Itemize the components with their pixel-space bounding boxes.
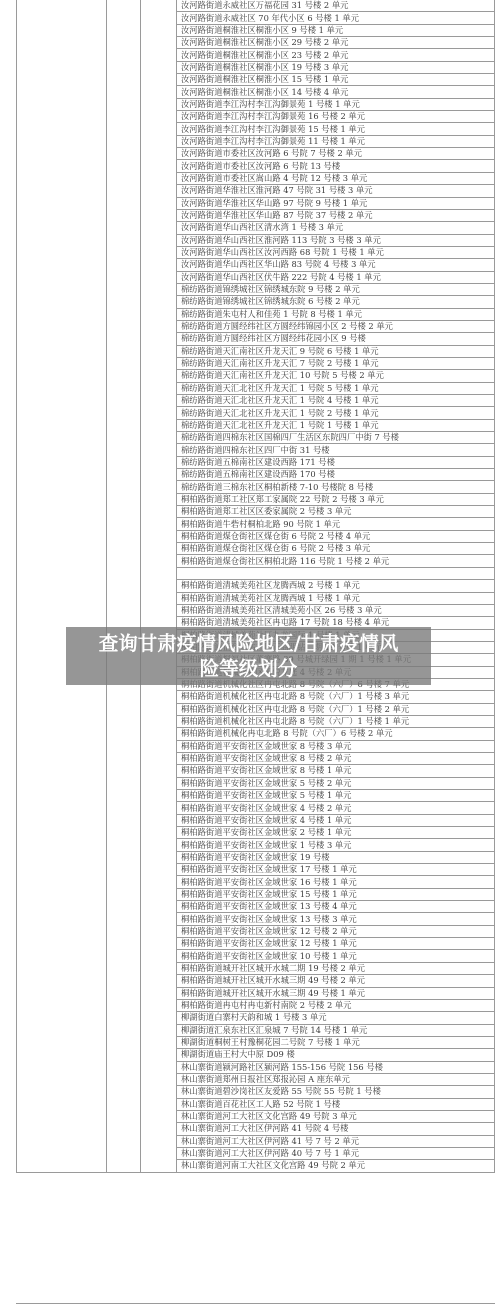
address-cell: 林山寨街道郑州日报社区郑报沁园 A 座东单元: [177, 1073, 495, 1085]
address-cell: 桐柏路街道平安街社区金域世家 12 号楼 1 单元: [177, 938, 495, 950]
address-cell: 棉纺路街道朱屯村人和佳苑 1 号院 8 号楼 1 单元: [177, 308, 495, 320]
address-cell: 汝河路街道永威社区万福花园 31 号楼 2 单元: [177, 0, 495, 12]
address-cell: 桐柏路街道平安街社区金域世家 17 号楼 1 单元: [177, 864, 495, 876]
address-cell: 桐柏路街道煤仓街社区煤仓街 6 号院 2 号楼 3 单元: [177, 543, 495, 555]
address-cell: 汝河路街道桐淮社区桐淮小区 9 号楼 1 单元: [177, 24, 495, 36]
address-cell: 棉纺路街道锦绣城社区锦绣城东院 9 号楼 2 单元: [177, 283, 495, 295]
address-cell: 林山寨街道颍河路社区颍河路 155-156 号院 156 号楼: [177, 1061, 495, 1073]
address-cell: 桐柏路街道平安街社区金域世家 13 号楼 4 单元: [177, 901, 495, 913]
address-cell: 汝河路街道华淮社区淮河路 47 号院 31 号楼 3 单元: [177, 185, 495, 197]
address-cell: 林山寨街道河工大社区伊河路 41 号院 4 号楼: [177, 1123, 495, 1135]
document-page: 汝河路街道永威社区万福花园 31 号楼 2 单元汝河路街道永威社区 70 年代小…: [16, 0, 495, 1173]
address-cell: 汝河路街道桐淮社区桐淮小区 23 号楼 2 单元: [177, 49, 495, 61]
address-cell: 桐柏路街道平安街社区金域世家 10 号楼 1 单元: [177, 950, 495, 962]
address-cell: 汝河路街道李江沟村李江沟御景苑 15 号楼 1 单元: [177, 123, 495, 135]
address-cell: 汝河路街道市委社区汝河路 6 号院 7 号楼 2 单元: [177, 148, 495, 160]
address-cell: 桐柏路街道机械化社区冉屯北路 8 号院（六厂）1 号楼 3 单元: [177, 691, 495, 703]
address-cell: 棉纺路街道天汇北社区升龙天汇 1 号院 2 号楼 1 单元: [177, 407, 495, 419]
address-cell: 汝河路街道市委社区嵩山路 4 号院 12 号楼 3 单元: [177, 172, 495, 184]
address-cell: 棉纺路街道四棉东社区四厂中街 31 号楼: [177, 444, 495, 456]
banner-title-line-2: 险等级划分: [66, 656, 431, 681]
address-cell: 桐柏路街道平安街社区金域世家 5 号楼 1 单元: [177, 790, 495, 802]
address-cell: 林山寨街道河工大社区伊河路 41 号 7 号 2 单元: [177, 1135, 495, 1147]
address-cell: 汝河路街道桐淮社区桐淮小区 19 号楼 3 单元: [177, 61, 495, 73]
merged-empty-cell: [107, 0, 141, 1172]
address-cell: 桐柏路街道清城美苑社区清城美苑小区 26 号楼 3 单元: [177, 604, 495, 616]
address-cell: 汝河路街道华山西社区汝河西路 68 号院 1 号楼 1 单元: [177, 246, 495, 258]
address-cell: 棉纺路街道五棉南社区建设西路 171 号楼: [177, 456, 495, 468]
address-cell: 柳湖街道庙王村大中原 D09 楼: [177, 1049, 495, 1061]
address-cell: 汝河路街道桐淮社区桐淮小区 29 号楼 2 单元: [177, 37, 495, 49]
merged-empty-cell: [141, 0, 177, 1172]
address-cell: 棉纺路街道四棉东社区国棉四厂生活区东院四厂中街 7 号楼: [177, 432, 495, 444]
address-cell: 柳湖街道白寨村天韵和城 1 号楼 3 单元: [177, 1012, 495, 1024]
address-cell: 汝河路街道华淮社区华山路 97 号院 9 号楼 1 单元: [177, 197, 495, 209]
address-cell: 汝河路街道华山西社区清水湾 1 号楼 3 单元: [177, 222, 495, 234]
address-cell: 柳湖街道桐树王村豫桐花园二号院 7 号楼 1 单元: [177, 1036, 495, 1048]
address-cell: 桐柏路街道清城美苑社区龙腾西城 1 号楼 1 单元: [177, 592, 495, 604]
address-cell: 桐柏路街道平安街社区金域世家 8 号楼 1 单元: [177, 765, 495, 777]
address-cell: 桐柏路街道煤仓街社区煤仓街 6 号院 2 号楼 4 单元: [177, 530, 495, 542]
address-cell: 桐柏路街道平安街社区金域世家 16 号楼 1 单元: [177, 876, 495, 888]
address-cell: 棉纺路街道锦绣城社区锦绣城东院 6 号楼 2 单元: [177, 296, 495, 308]
address-cell: 桐柏路街道城开社区城开水城二期 19 号楼 2 单元: [177, 962, 495, 974]
address-cell: 棉纺路街道天汇北社区升龙天汇 1 号院 1 号楼 1 单元: [177, 419, 495, 431]
address-cell: 桐柏路街道平安街社区金域世家 2 号楼 1 单元: [177, 827, 495, 839]
address-cell: 桐柏路街道平安街社区金域世家 12 号楼 2 单元: [177, 925, 495, 937]
address-cell: 汝河路街道永威社区 70 年代小区 6 号楼 1 单元: [177, 12, 495, 24]
address-cell: 桐柏路街道城开社区城开水城三期 49 号楼 1 单元: [177, 987, 495, 999]
address-cell: 桐柏路街道牛砦村桐柏北路 90 号院 1 单元: [177, 518, 495, 530]
address-cell: 桐柏路街道平安街社区金域世家 8 号楼 3 单元: [177, 740, 495, 752]
banner-title-line-1: 查询甘肃疫情风险地区/甘肃疫情风: [66, 631, 431, 656]
address-cell: 桐柏路街道平安街社区金域世家 19 号楼: [177, 851, 495, 863]
address-cell: 桐柏路街道郑工社区区委家属院 2 号楼 3 单元: [177, 506, 495, 518]
address-cell: 桐柏路街道平安街社区金域世家 13 号楼 3 单元: [177, 913, 495, 925]
address-cell: 汝河路街道华淮社区华山路 87 号院 37 号楼 2 单元: [177, 209, 495, 221]
address-cell: 桐柏路街道平安街社区金域世家 1 号楼 3 单元: [177, 839, 495, 851]
title-banner: 查询甘肃疫情风险地区/甘肃疫情风 险等级划分: [66, 627, 431, 685]
address-cell: 棉纺路街道方圆经纬社区方圆经纬花园小区 9 号楼: [177, 333, 495, 345]
address-cell: 棉纺路街道三棉东社区桐柏新楼 7-10 号楼院 8 号楼: [177, 481, 495, 493]
address-cell: 汝河路街道市委社区汝河路 6 号院 13 号楼: [177, 160, 495, 172]
address-cell: 汝河路街道李江沟村李江沟御景苑 16 号楼 2 单元: [177, 111, 495, 123]
address-cell: 汝河路街道李江沟村李江沟御景苑 1 号楼 1 单元: [177, 98, 495, 110]
address-cell: 汝河路街道桐淮社区桐淮小区 15 号楼 1 单元: [177, 74, 495, 86]
address-cell: 桐柏路街道城开社区城开水城三期 49 号楼 2 单元: [177, 975, 495, 987]
address-cell: 林山寨街道碧沙岗社区友爱路 55 号院 55 号院 1 号楼: [177, 1086, 495, 1098]
table-row: 汝河路街道永威社区万福花园 31 号楼 2 单元: [17, 0, 495, 12]
address-cell: 林山寨街道河南工大社区文化宫路 49 号院 2 单元: [177, 1160, 495, 1172]
address-cell: 桐柏路街道清城美苑社区龙腾西城 2 号楼 1 单元: [177, 580, 495, 592]
risk-area-table: 汝河路街道永威社区万福花园 31 号楼 2 单元汝河路街道永威社区 70 年代小…: [16, 0, 495, 1173]
address-cell: 汝河路街道华山西社区华山路 83 号院 4 号楼 3 单元: [177, 259, 495, 271]
address-cell: 桐柏路街道平安街社区金域世家 8 号楼 2 单元: [177, 752, 495, 764]
address-cell: 桐柏路街道机械化冉屯北路 8 号院（六厂）6 号楼 2 单元: [177, 728, 495, 740]
table-bottom-border: [16, 1303, 495, 1304]
address-cell: 林山寨街道河工大社区文化宫路 49 号院 3 单元: [177, 1110, 495, 1122]
address-cell: 桐柏路街道平安街社区金域世家 5 号楼 2 单元: [177, 777, 495, 789]
address-cell: 汝河路街道华山西社区淮河路 113 号院 3 号楼 3 单元: [177, 234, 495, 246]
address-cell: [177, 567, 495, 579]
address-cell: 汝河路街道华山西社区伏牛路 222 号院 4 号楼 1 单元: [177, 271, 495, 283]
address-cell: 汝河路街道桐淮社区桐淮小区 14 号楼 4 单元: [177, 86, 495, 98]
address-cell: 桐柏路街道平安街社区金域世家 4 号楼 2 单元: [177, 802, 495, 814]
address-cell: 桐柏路街道平安街社区金域世家 15 号楼 1 单元: [177, 888, 495, 900]
address-cell: 桐柏路街道煤仓街社区桐柏北路 116 号院 1 号楼 2 单元: [177, 555, 495, 567]
address-cell: 柳湖街道汇泉东社区汇泉城 7 号院 14 号楼 1 单元: [177, 1024, 495, 1036]
address-cell: 棉纺路街道天汇南社区升龙天汇 7 号院 2 号楼 1 单元: [177, 357, 495, 369]
address-cell: 桐柏路街道机械化社区冉屯北路 8 号院（六厂）1 号楼 2 单元: [177, 703, 495, 715]
address-cell: 桐柏路街道冉屯村冉屯新村南院 2 号楼 2 单元: [177, 999, 495, 1011]
address-cell: 林山寨街道百花社区工人路 52 号院 1 号楼: [177, 1098, 495, 1110]
address-cell: 棉纺路街道天汇北社区升龙天汇 1 号院 5 号楼 1 单元: [177, 382, 495, 394]
address-cell: 桐柏路街道平安街社区金域世家 4 号楼 1 单元: [177, 814, 495, 826]
address-cell: 汝河路街道李江沟村李江沟御景苑 11 号楼 1 单元: [177, 135, 495, 147]
address-cell: 桐柏路街道机械化社区冉屯北路 8 号院（六厂）1 号楼 1 单元: [177, 715, 495, 727]
address-cell: 林山寨街道河工大社区伊河路 40 号 7 号 1 单元: [177, 1147, 495, 1159]
address-cell: 桐柏路街道郑工社区郑工家属院 22 号院 2 号楼 3 单元: [177, 493, 495, 505]
address-cell: 棉纺路街道天汇南社区升龙天汇 10 号院 5 号楼 2 单元: [177, 370, 495, 382]
address-cell: 棉纺路街道五棉南社区建设西路 170 号楼: [177, 469, 495, 481]
address-cell: 棉纺路街道天汇南社区升龙天汇 9 号院 6 号楼 1 单元: [177, 345, 495, 357]
address-cell: 棉纺路街道天汇北社区升龙天汇 1 号院 4 号楼 1 单元: [177, 395, 495, 407]
address-cell: 棉纺路街道方圆经纬社区方圆经纬锦园小区 2 号楼 2 单元: [177, 320, 495, 332]
merged-empty-cell: [17, 0, 107, 1172]
